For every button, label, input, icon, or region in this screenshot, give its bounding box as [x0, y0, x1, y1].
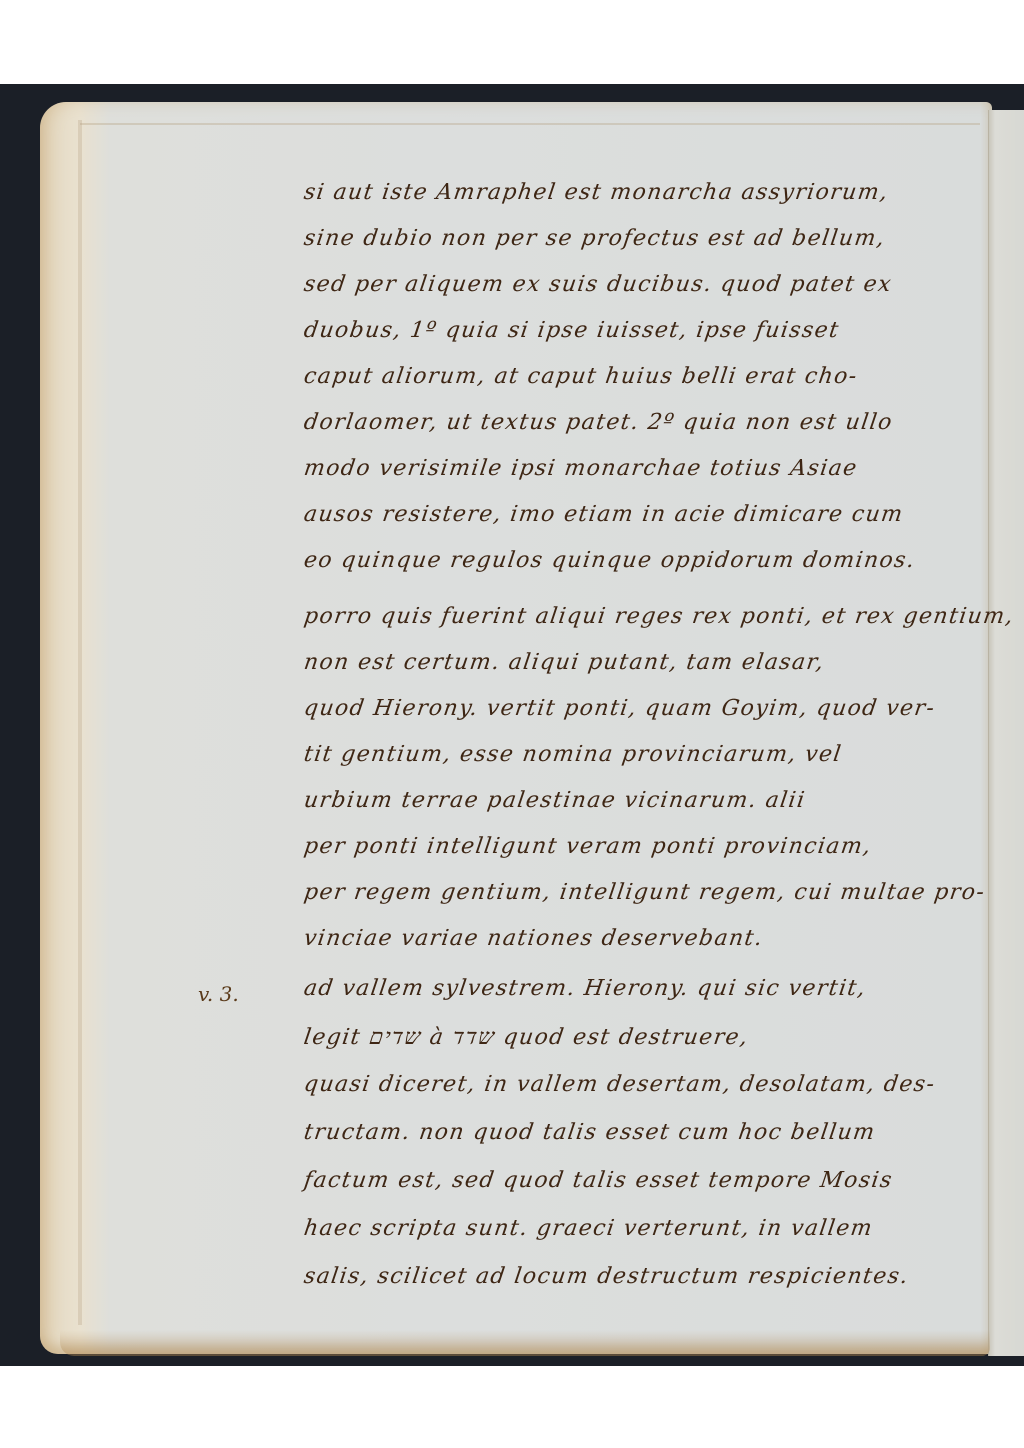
text-line: eo quinque regulos quinque oppidorum dom… — [302, 548, 996, 573]
text-line: vinciae variae nationes deservebant. — [302, 926, 996, 951]
text-line: si aut iste Amraphel est monarcha assyri… — [302, 180, 996, 205]
text-line: tit gentium, esse nomina provinciarum, v… — [302, 742, 996, 767]
text-line: ad vallem sylvestrem. Hierony. qui sic v… — [302, 976, 996, 1001]
text-line: quasi diceret, in vallem desertam, desol… — [302, 1072, 996, 1097]
text-line: ausos resistere, imo etiam in acie dimic… — [302, 502, 996, 527]
text-line: porro quis fuerint aliqui reges rex pont… — [302, 604, 996, 629]
text-line: sed per aliquem ex suis ducibus. quod pa… — [302, 272, 996, 297]
text-line: duobus, 1º quia si ipse iuisset, ipse fu… — [302, 318, 996, 343]
text-line: caput aliorum, at caput huius belli erat… — [302, 364, 996, 389]
text-line: salis, scilicet ad locum destructum resp… — [302, 1264, 996, 1289]
text-line: dorlaomer, ut textus patet. 2º quia non … — [302, 410, 996, 435]
manuscript-text: si aut iste Amraphel est monarcha assyri… — [0, 0, 1024, 1448]
text-line: factum est, sed quod talis esset tempore… — [302, 1168, 996, 1193]
margin-verse-note: v. 3. — [198, 982, 239, 1006]
text-line: legit שדים à שדד quod est destruere, — [302, 1024, 996, 1050]
text-line: modo verisimile ipsi monarchae totius As… — [302, 456, 996, 481]
text-line: urbium terrae palestinae vicinarum. alii — [302, 788, 996, 813]
text-line: tructam. non quod talis esset cum hoc be… — [302, 1120, 996, 1145]
text-line: haec scripta sunt. graeci verterunt, in … — [302, 1216, 996, 1241]
text-line: per regem gentium, intelligunt regem, cu… — [302, 880, 996, 905]
text-line: non est certum. aliqui putant, tam elasa… — [302, 650, 996, 675]
text-line: per ponti intelligunt veram ponti provin… — [302, 834, 996, 859]
text-line: quod Hierony. vertit ponti, quam Goyim, … — [302, 696, 996, 721]
text-line: sine dubio non per se profectus est ad b… — [302, 226, 996, 251]
